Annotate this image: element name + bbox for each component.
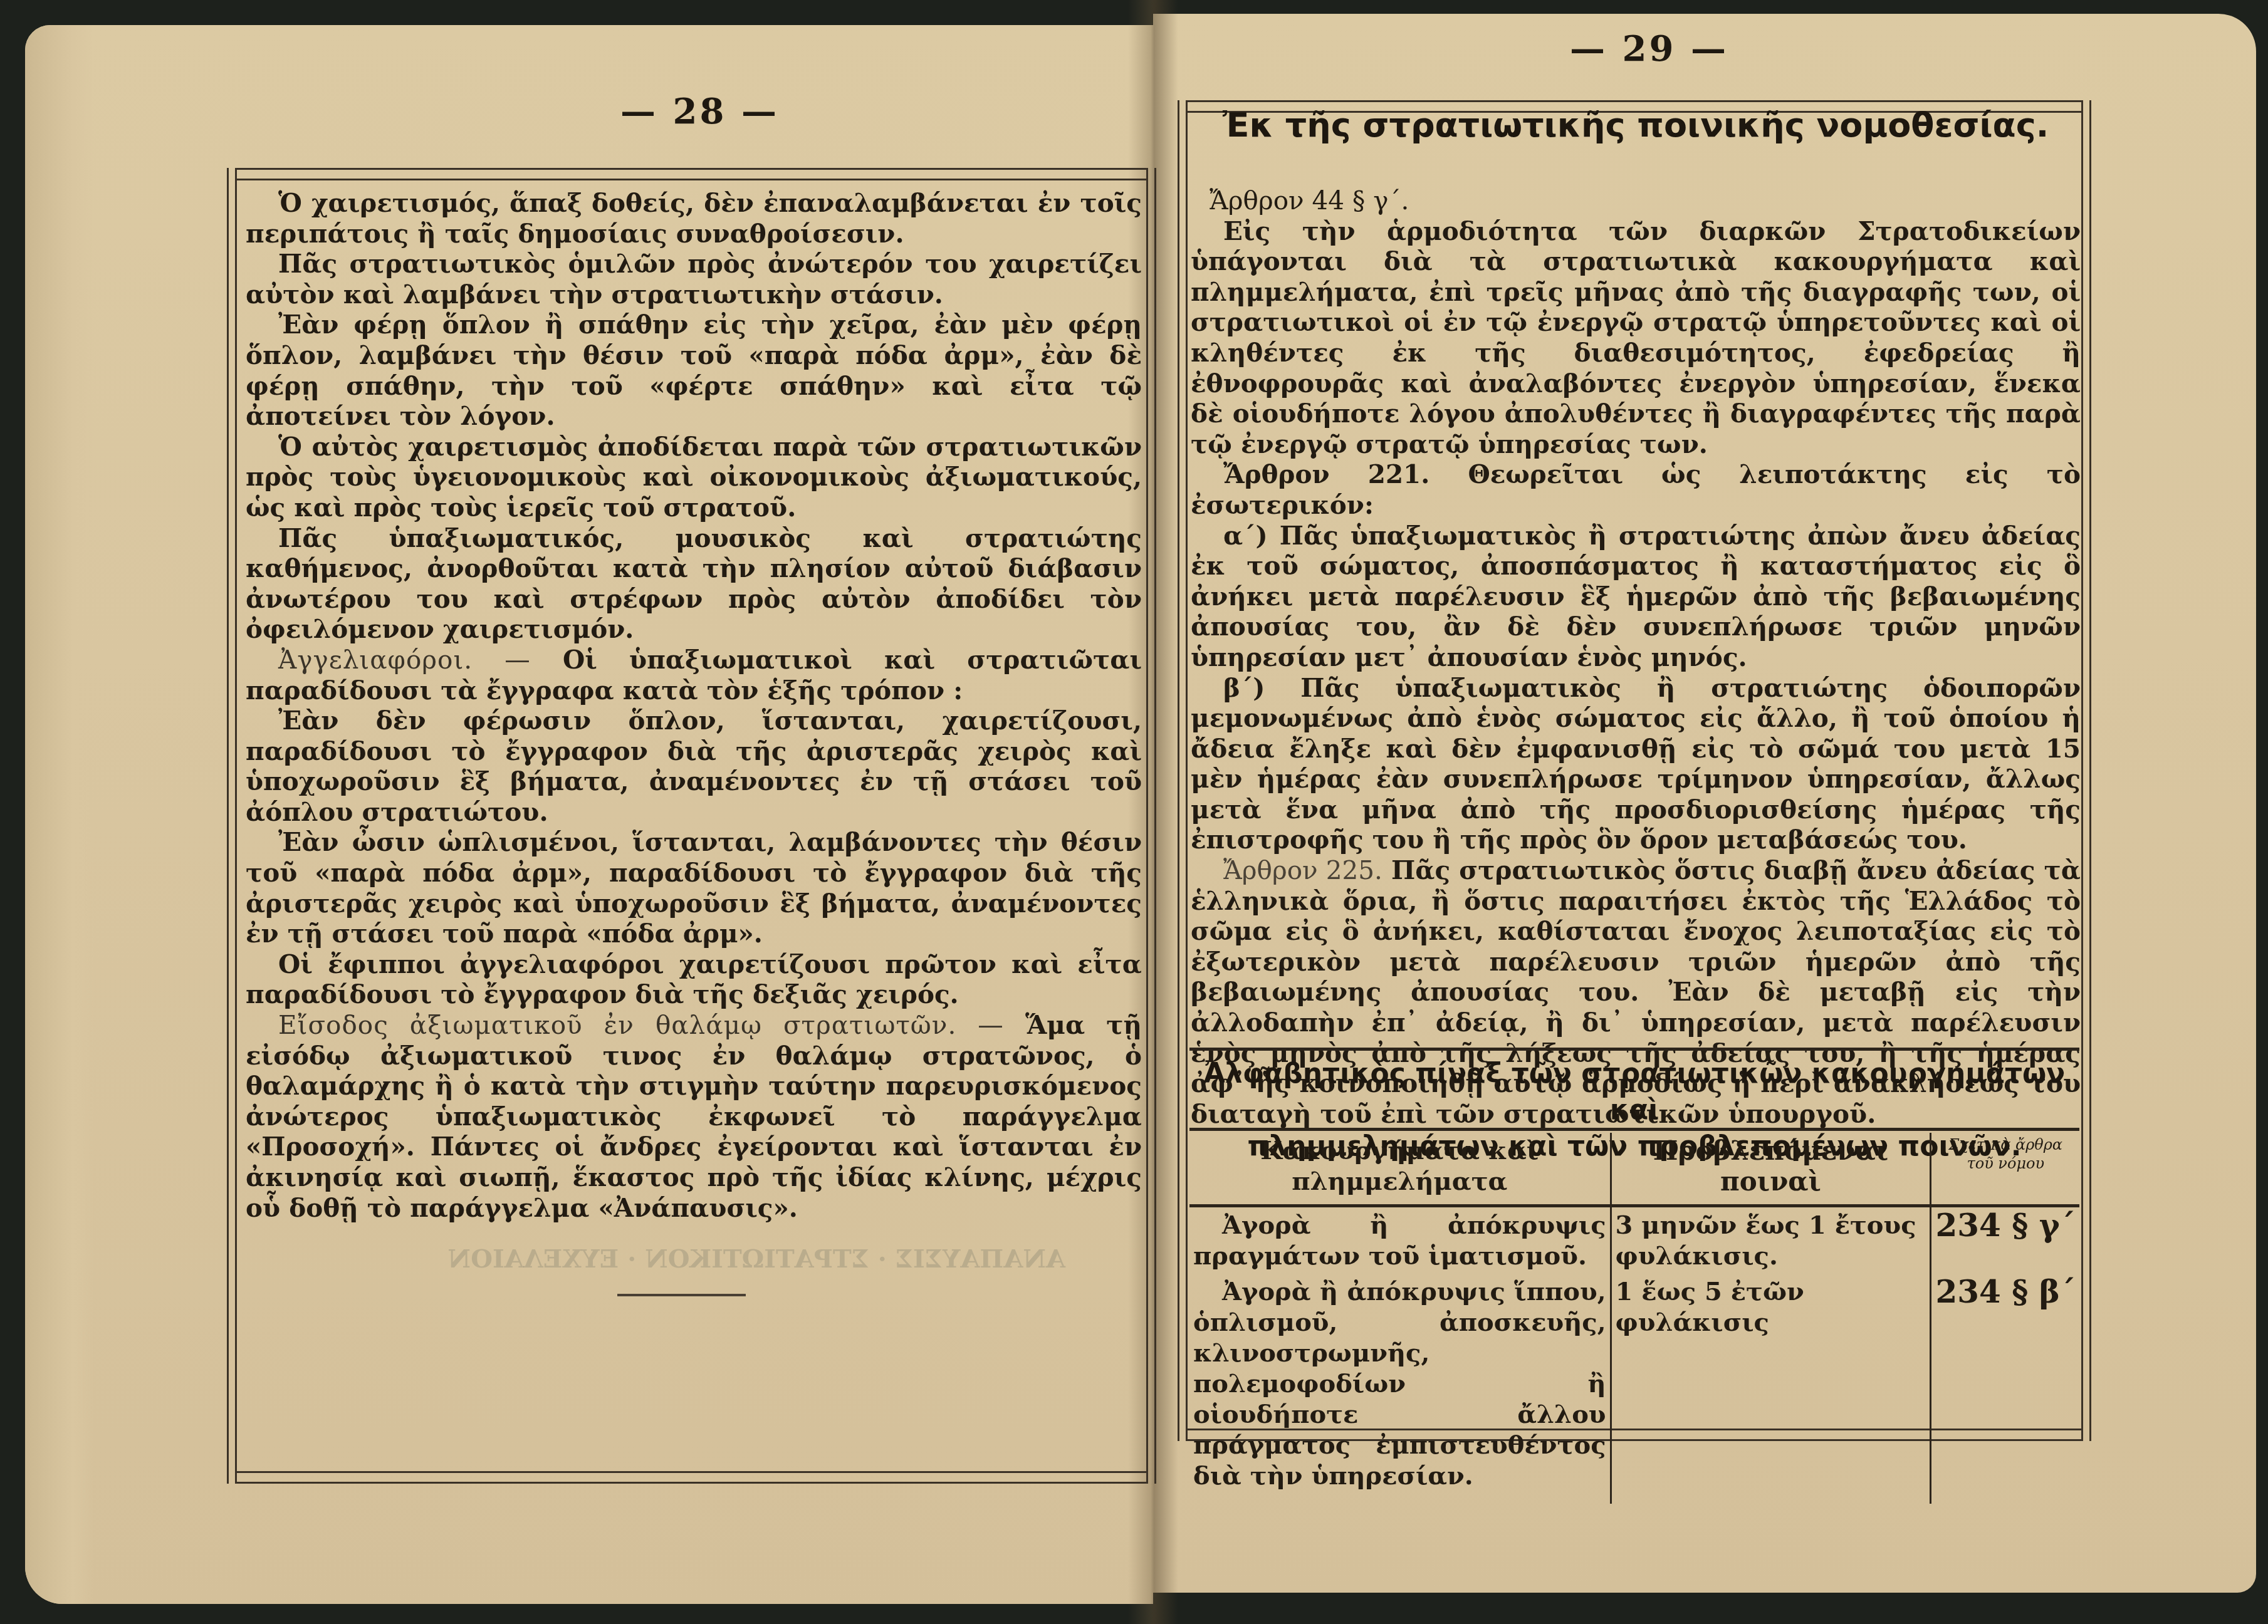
paragraph: Πᾶς ὑπαξιωματικός, μουσικὸς καὶ στρατιώτ… xyxy=(246,523,1142,645)
article-221-clause-a: α΄) Πᾶς ὑπαξιωματικὸς ἢ στρατιώτης ἀπὼν … xyxy=(1191,521,2081,673)
left-page-number: — 28 — xyxy=(620,91,779,132)
table-row: Ἀγορὰ ἢ ἀπόκρυψις ἵππου, ὁπλισμοῦ, ἀποσκ… xyxy=(1189,1274,2079,1504)
cell-crime: Ἀγορὰ ἢ ἀπόκρυψις πραγμάτων τοῦ ἱματισμο… xyxy=(1189,1206,1611,1274)
right-page-number: — 29 — xyxy=(1570,28,1728,70)
cell-article: 234 § β΄ xyxy=(1931,1274,2079,1504)
section-heading-messengers: Ἀγγελιαφόροι. — xyxy=(278,645,531,675)
table-row: Ἀγορὰ ἢ ἀπόκρυψις πραγμάτων τοῦ ἱματισμο… xyxy=(1189,1206,2079,1274)
article-heading-225: Ἄρθρον 225. xyxy=(1223,855,1382,885)
frame-rule-left xyxy=(227,168,237,1484)
column-header-penalties: Προβλεπόμεναι ποιναὶ xyxy=(1611,1133,1931,1206)
table-title-rule-top xyxy=(1189,1048,2079,1051)
left-page-body: Ὁ χαιρετισμός, ἅπαξ δοθείς, δὲν ἐπαναλαμ… xyxy=(246,188,1142,1223)
table-title-rule-bottom xyxy=(1189,1128,2079,1131)
paragraph: Ἐὰν δὲν φέρωσιν ὅπλον, ἵστανται, χαιρετί… xyxy=(246,705,1142,827)
paragraph: Ὁ χαιρετισμός, ἅπαξ δοθείς, δὲν ἐπαναλαμ… xyxy=(246,188,1142,249)
end-of-section-rule xyxy=(617,1294,746,1296)
frame-rule-right xyxy=(2081,100,2091,1441)
frame-rule-bottom xyxy=(236,1471,1147,1484)
paragraph-section-messengers: Ἀγγελιαφόροι. — Οἱ ὑπαξιωματικοὶ καὶ στρ… xyxy=(246,645,1142,705)
article-heading-221: Ἄρθρον 221. xyxy=(1223,459,1429,489)
table-header-row: Κακουργήματα καὶ πλημμελήματα Προβλεπόμε… xyxy=(1189,1133,2079,1206)
section-title: Ἐκ τῆς στρατιωτικῆς ποινικῆς νομοθεσίας. xyxy=(1188,105,2084,145)
right-page-body: Ἄρθρον 44 § γ΄. Εἰς τὴν ἁρμοδιότητα τῶν … xyxy=(1191,185,2081,1129)
paragraph: Πᾶς στρατιωτικὸς ὁμιλῶν πρὸς ἀνώτερόν το… xyxy=(246,249,1142,310)
crimes-penalties-table: Κακουργήματα καὶ πλημμελήματα Προβλεπόμε… xyxy=(1189,1133,2079,1504)
article-heading-44: Ἄρθρον 44 § γ΄. xyxy=(1191,185,2081,216)
paragraph: Οἱ ἔφιπποι ἀγγελιαφόροι χαιρετίζουσι πρῶ… xyxy=(246,949,1142,1010)
table-title-line-1: Ἀλφαβητικὸς πίναξ τῶν στρατιωτικῶν κακου… xyxy=(1189,1056,2079,1128)
column-header-articles: Σχετικὰ ἄρθρα τοῦ νόμου xyxy=(1931,1133,2079,1206)
frame-rule-right xyxy=(1146,168,1156,1484)
frame-rule-top xyxy=(236,168,1147,180)
cell-article: 234 § γ΄ xyxy=(1931,1206,2079,1274)
cell-penalty: 3 μηνῶν ἕως 1 ἔτους φυλάκισις. xyxy=(1611,1206,1931,1274)
paragraph-section-officer-entry: Εἴσοδος ἀξιωματικοῦ ἐν θαλάμῳ στρατιωτῶν… xyxy=(246,1010,1142,1223)
article-44-paragraph: Εἰς τὴν ἁρμοδιότητα τῶν διαρκῶν Στρατοδι… xyxy=(1191,216,2081,460)
paragraph: Ὁ αὐτὸς χαιρετισμὸς ἀποδίδεται παρὰ τῶν … xyxy=(246,432,1142,523)
paragraph: Ἐὰν ὦσιν ὡπλισμένοι, ἵστανται, λαμβάνοντ… xyxy=(246,827,1142,949)
section-heading-officer-entry: Εἴσοδος ἀξιωματικοῦ ἐν θαλάμῳ στρατιωτῶν… xyxy=(278,1010,1004,1040)
frame-rule-left xyxy=(1178,100,1188,1441)
cell-penalty: 1 ἕως 5 ἐτῶν φυλάκισις xyxy=(1611,1274,1931,1504)
cell-crime: Ἀγορὰ ἢ ἀπόκρυψις ἵππου, ὁπλισμοῦ, ἀποσκ… xyxy=(1189,1274,1611,1504)
article-221-paragraph: Ἄρθρον 221. Θεωρεῖται ὡς λειποτάκτης εἰς… xyxy=(1191,459,2081,520)
column-header-crimes: Κακουργήματα καὶ πλημμελήματα xyxy=(1189,1133,1611,1206)
paragraph: Ἐὰν φέρῃ ὅπλον ἢ σπάθην εἰς τὴν χεῖρα, ἐ… xyxy=(246,310,1142,431)
article-221-clause-b: β΄) Πᾶς ὑπαξιωματικὸς ἢ στρατιώτης ὁδοιπ… xyxy=(1191,673,2081,856)
